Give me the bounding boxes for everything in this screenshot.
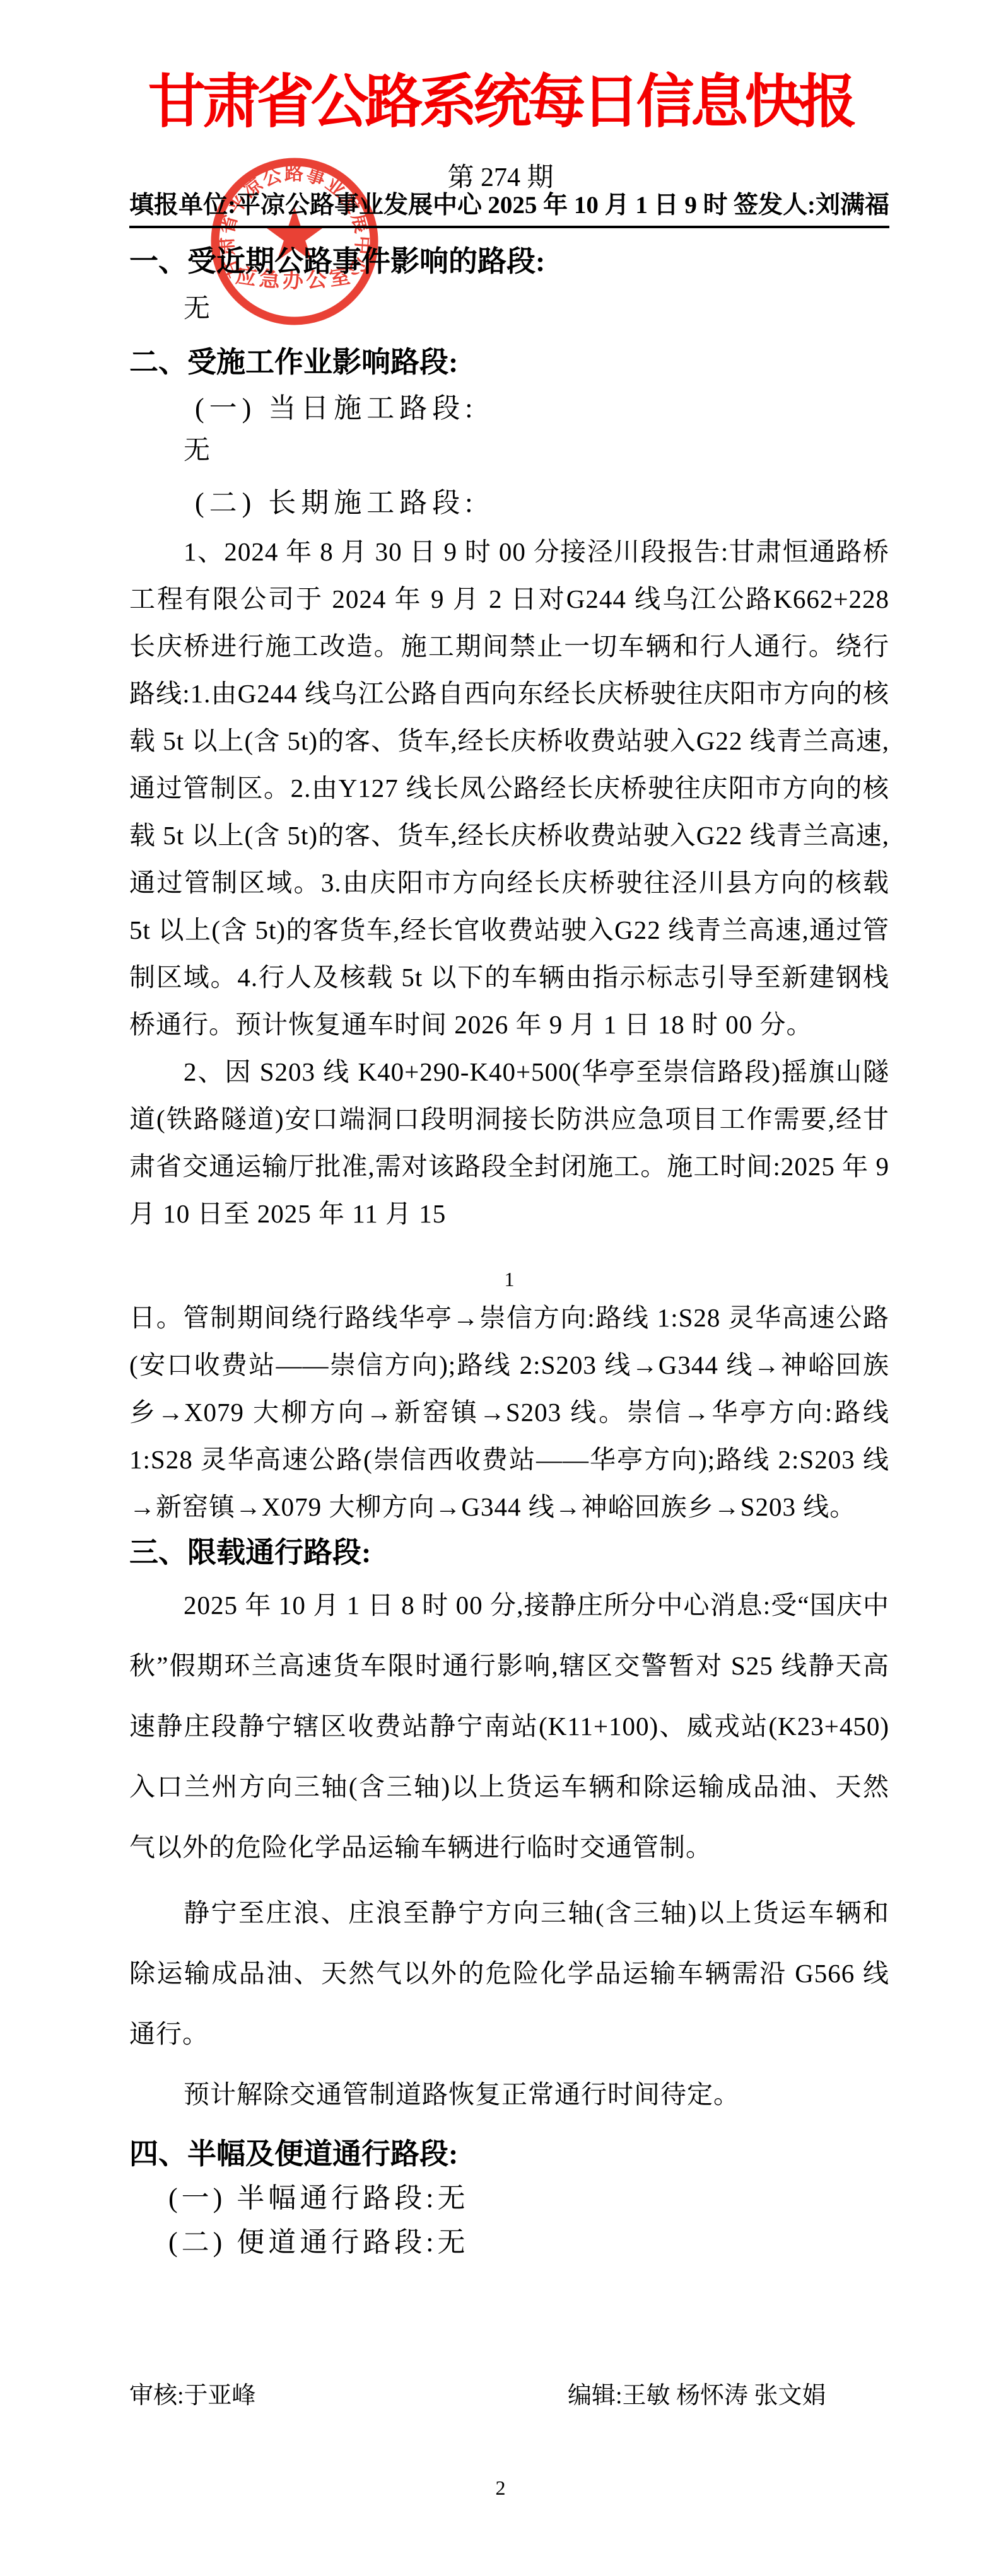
page-number-2: 2 <box>0 2475 1001 2500</box>
section1-content: 无 <box>129 287 210 331</box>
load-limit-para3: 预计解除交通管制道路恢复正常通行时间待定。 <box>129 2064 889 2125</box>
info-bar: 填报单位:平凉公路事业发展中心 2025 年 10 月 1 日 9 时 签发人:… <box>129 190 889 228</box>
construction-item-1: 1、2024 年 8 月 30 日 9 时 00 分接泾川段报告:甘肃恒通路桥工… <box>129 528 889 1048</box>
page-title: 甘肃省公路系统每日信息快报 <box>0 63 1001 141</box>
section3-heading: 三、限载通行路段: <box>129 1531 889 1575</box>
section4-sub2: (二) 便道通行路段:无 <box>129 2220 889 2265</box>
page-number-1: 1 <box>129 1267 889 1292</box>
reviewer: 审核:于亚峰 <box>129 2378 256 2413</box>
section2-sub1-content: 无 <box>129 429 210 473</box>
load-limit-para1: 2025 年 10 月 1 日 8 时 00 分,接静庄所分中心消息:受“国庆中… <box>129 1575 889 1877</box>
section2-sub2-heading: (二) 长期施工路段: <box>129 481 478 525</box>
section2-sub1-heading: (一) 当日施工路段: <box>129 386 478 431</box>
section1-heading: 一、受近期公路事件影响的路段: <box>129 240 545 284</box>
reporting-unit: 填报单位:平凉公路事业发展中心 <box>129 190 482 221</box>
section2-heading: 二、受施工作业影响路段: <box>129 340 458 385</box>
construction-item-2-page2: 日。管制期间绕行路线华亭→崇信方向:路线 1:S28 灵华高速公路(安口收费站—… <box>129 1294 889 1531</box>
construction-item-2-page1: 2、因 S203 线 K40+290-K40+500(华亭至崇信路段)摇旗山隧道… <box>129 1048 889 1238</box>
issuer: 签发人:刘满福 <box>734 190 889 221</box>
section4-sub1: (一) 半幅通行路段:无 <box>129 2176 889 2220</box>
editors: 编辑:王敏 杨怀涛 张文娟 <box>568 2378 826 2413</box>
document-body: 1、2024 年 8 月 30 日 9 时 00 分接泾川段报告:甘肃恒通路桥工… <box>129 528 889 2265</box>
bulletin-page: 甘肃省公路系统每日信息快报 第 274 期 填报单位:平凉公路事业发展中心 20… <box>0 0 1001 2576</box>
load-limit-para2: 静宁至庄浪、庄浪至静宁方向三轴(含三轴)以上货运车辆和除运输成品油、天然气以外的… <box>129 1883 889 2064</box>
report-datetime: 2025 年 10 月 1 日 9 时 <box>488 190 727 221</box>
section4-heading: 四、半幅及便道通行路段: <box>129 2132 889 2176</box>
